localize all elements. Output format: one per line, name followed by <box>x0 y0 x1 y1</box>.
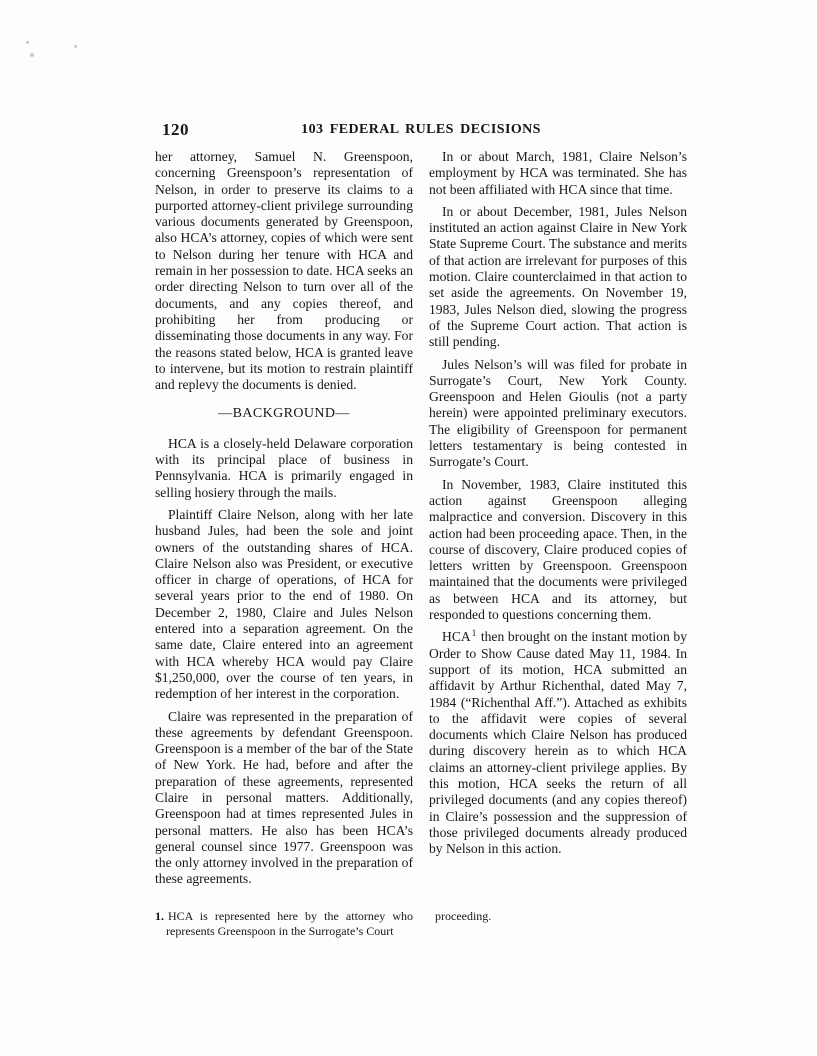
scan-speck <box>74 45 77 48</box>
running-title: 103 FEDERAL RULES DECISIONS <box>155 120 687 138</box>
paragraph: HCA is a closely-held Delaware corporati… <box>155 436 413 501</box>
scan-speck <box>26 41 29 44</box>
paragraph-rest: then brought on the instant motion by Or… <box>429 629 687 856</box>
footnote-area: 1.HCA is represented here by the attorne… <box>155 895 413 941</box>
page-content: 120 103 FEDERAL RULES DECISIONS her atto… <box>155 120 687 941</box>
paragraph: her attorney, Samuel N. Greenspoon, conc… <box>155 149 413 393</box>
left-column: her attorney, Samuel N. Greenspoon, conc… <box>155 149 413 941</box>
page-header: 120 103 FEDERAL RULES DECISIONS <box>155 120 687 139</box>
paragraph: Plaintiff Claire Nelson, along with her … <box>155 507 413 703</box>
paragraph: In November, 1983, Claire instituted thi… <box>429 477 687 624</box>
footnote-1: 1.HCA is represented here by the attorne… <box>155 909 413 938</box>
footnote-marker: 1. <box>155 909 168 923</box>
footnote-text: HCA is represented here by the attorney … <box>166 909 413 938</box>
footnote-area: proceeding. <box>429 895 687 941</box>
paragraph: Jules Nelson’s will was filed for probat… <box>429 357 687 471</box>
paragraph: HCA1 then brought on the instant motion … <box>429 629 687 857</box>
right-column: In or about March, 1981, Claire Nelson’s… <box>429 149 687 941</box>
paragraph: In or about March, 1981, Claire Nelson’s… <box>429 149 687 198</box>
page-number: 120 <box>162 120 189 140</box>
scan-speck <box>30 53 34 57</box>
paragraph: Claire was represented in the preparatio… <box>155 709 413 888</box>
columns: her attorney, Samuel N. Greenspoon, conc… <box>155 149 687 941</box>
footnote-continuation: proceeding. <box>429 909 687 924</box>
paragraph: In or about December, 1981, Jules Nelson… <box>429 204 687 351</box>
page: 120 103 FEDERAL RULES DECISIONS her atto… <box>0 0 817 1056</box>
section-heading-background: —BACKGROUND— <box>155 406 413 422</box>
paragraph-lead: HCA <box>442 629 471 644</box>
